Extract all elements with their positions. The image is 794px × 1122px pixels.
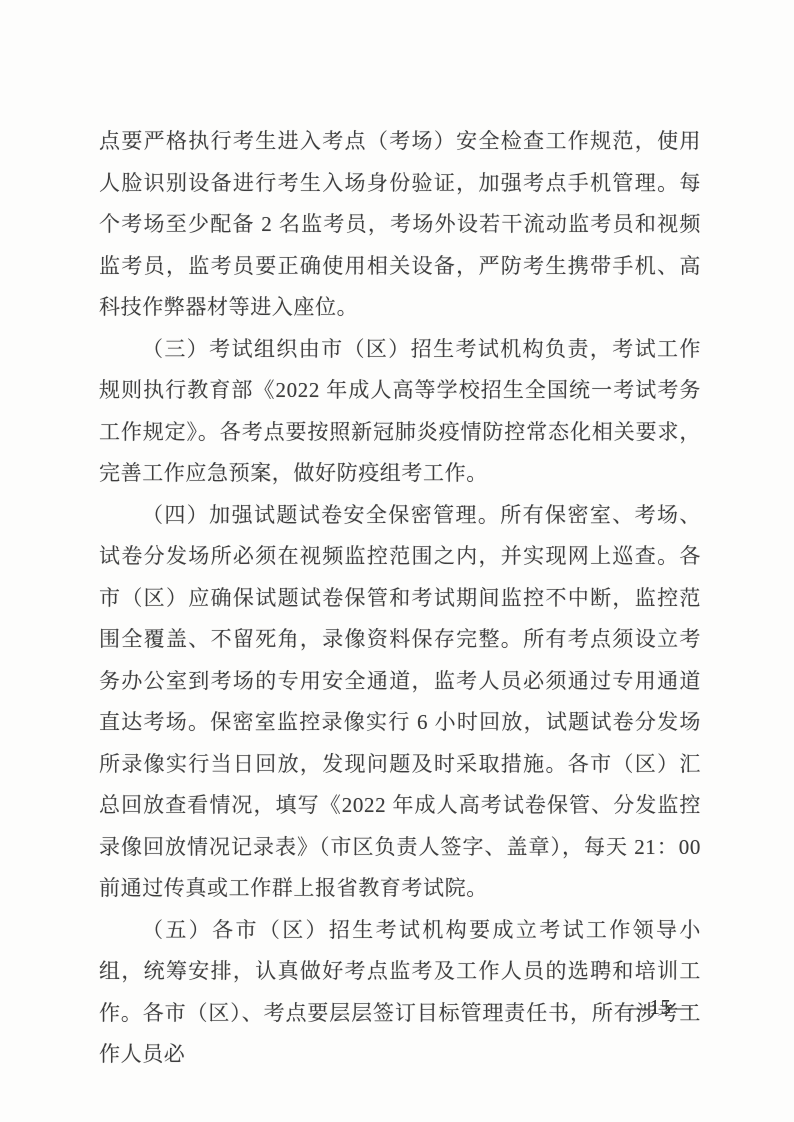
- paragraph-continuation: 点要严格执行考生进入考点（考场）安全检查工作规范，使用人脸识别设备进行考生入场身…: [99, 121, 701, 329]
- page-number: —15—: [628, 995, 693, 1020]
- document-page: 点要严格执行考生进入考点（考场）安全检查工作规范，使用人脸识别设备进行考生入场身…: [0, 0, 794, 1122]
- paragraph-section-4: （四）加强试题试卷安全保密管理。所有保密室、考场、试卷分发场所必须在视频监控范围…: [99, 495, 701, 910]
- paragraph-section-5: （五）各市（区）招生考试机构要成立考试工作领导小组，统筹安排，认真做好考点监考及…: [99, 910, 701, 1076]
- document-body: 点要严格执行考生进入考点（考场）安全检查工作规范，使用人脸识别设备进行考生入场身…: [99, 121, 701, 1076]
- paragraph-section-3: （三）考试组织由市（区）招生考试机构负责，考试工作规则执行教育部《2022 年成…: [99, 329, 701, 495]
